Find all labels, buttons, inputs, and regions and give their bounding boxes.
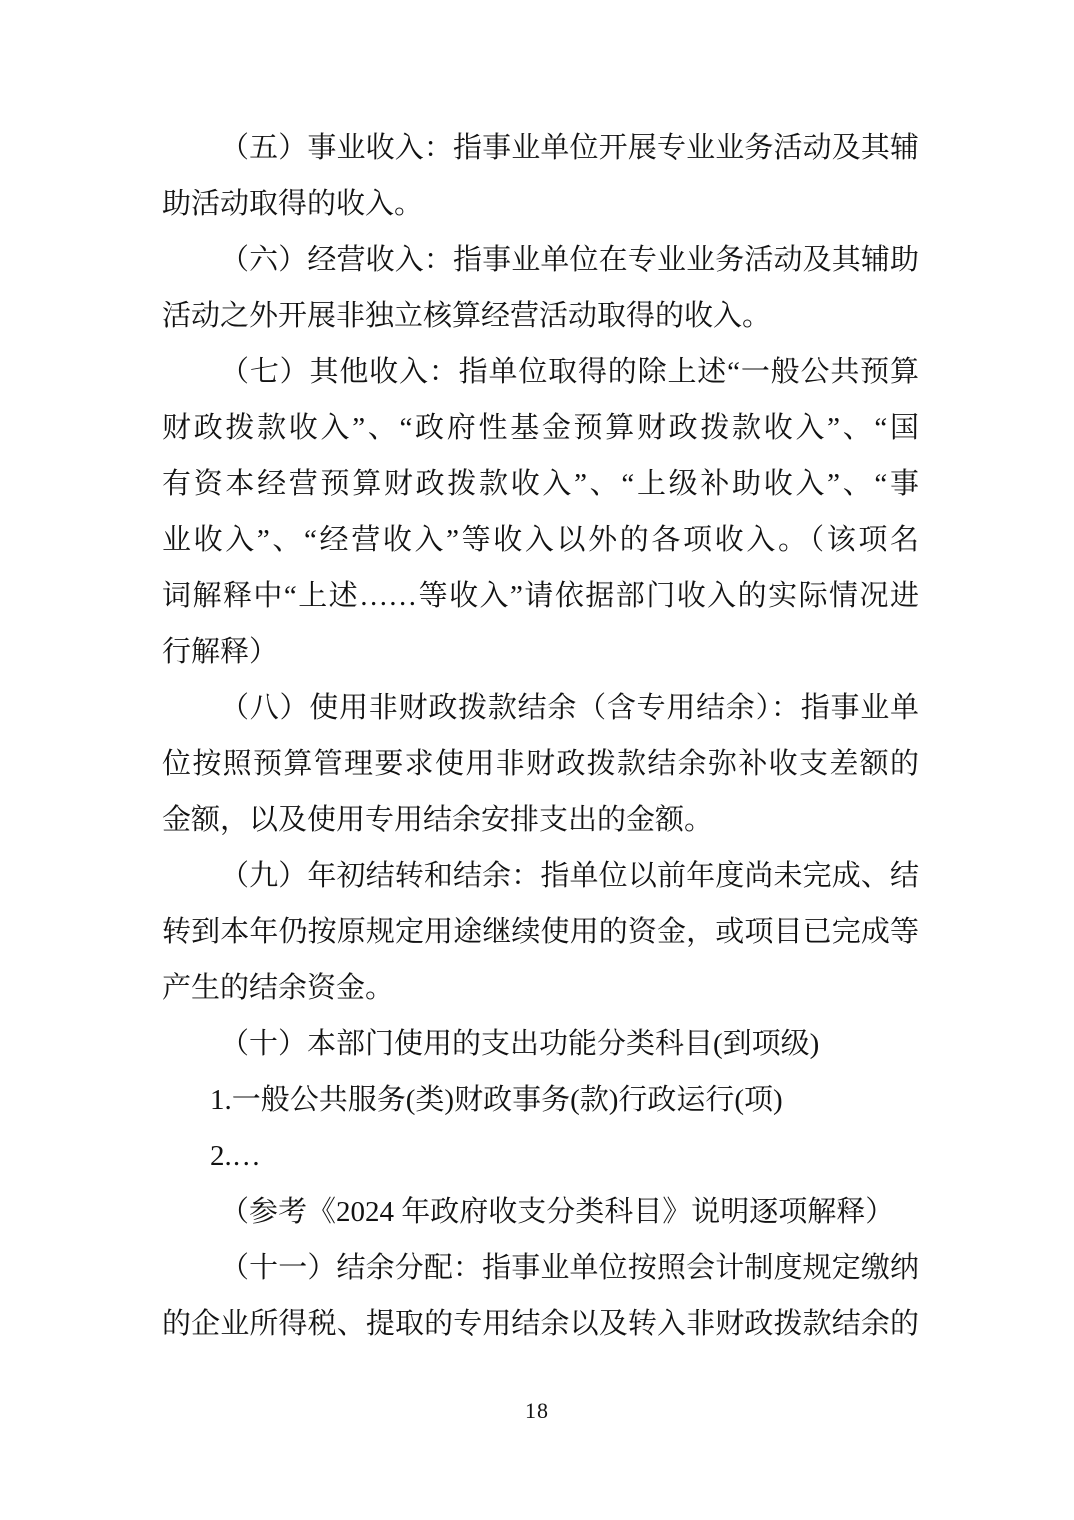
paragraph-item-7: （七）其他收入：指单位取得的除上述“一般公共预算财政拨款收入”、“政府性基金预算… (162, 344, 919, 680)
paragraph-item-10-note: （参考《2024 年政府收支分类科目》说明逐项解释） (162, 1184, 919, 1240)
text-line: （十）本部门使用的支出功能分类科目(到项级) (162, 1016, 919, 1072)
text-line: 位按照预算管理要求使用非财政拨款结余弥补收支差额的 (162, 736, 919, 792)
page-number: 18 (525, 1398, 549, 1423)
text-line: 行解释） (162, 624, 919, 680)
document-body: （五）事业收入：指事业单位开展专业业务活动及其辅助活动取得的收入。（六）经营收入… (162, 120, 919, 1352)
paragraph-item-6: （六）经营收入：指事业单位在专业业务活动及其辅助活动之外开展非独立核算经营活动取… (162, 232, 919, 344)
text-line: （七）其他收入：指单位取得的除上述“一般公共预算 (162, 344, 919, 400)
paragraph-item-11: （十一）结余分配：指事业单位按照会计制度规定缴纳的企业所得税、提取的专用结余以及… (162, 1240, 919, 1352)
text-line: 1.一般公共服务(类)财政事务(款)行政运行(项) (162, 1072, 919, 1128)
text-line: 2.… (162, 1128, 919, 1184)
text-line: 助活动取得的收入。 (162, 176, 919, 232)
text-line: 的企业所得税、提取的专用结余以及转入非财政拨款结余的 (162, 1296, 919, 1352)
page-footer: 18 (0, 1396, 1074, 1426)
text-line: 业收入”、“经营收入”等收入以外的各项收入。（该项名 (162, 512, 919, 568)
text-line: （六）经营收入：指事业单位在专业业务活动及其辅助 (162, 232, 919, 288)
text-line: 词解释中“上述……等收入”请依据部门收入的实际情况进 (162, 568, 919, 624)
text-line: 金额，以及使用专用结余安排支出的金额。 (162, 792, 919, 848)
text-line: （九）年初结转和结余：指单位以前年度尚未完成、结 (162, 848, 919, 904)
paragraph-item-8: （八）使用非财政拨款结余（含专用结余）：指事业单位按照预算管理要求使用非财政拨款… (162, 680, 919, 848)
text-line: （五）事业收入：指事业单位开展专业业务活动及其辅 (162, 120, 919, 176)
text-line: 有资本经营预算财政拨款收入”、“上级补助收入”、“事 (162, 456, 919, 512)
text-line: （十一）结余分配：指事业单位按照会计制度规定缴纳 (162, 1240, 919, 1296)
paragraph-item-5: （五）事业收入：指事业单位开展专业业务活动及其辅助活动取得的收入。 (162, 120, 919, 232)
paragraph-item-9: （九）年初结转和结余：指单位以前年度尚未完成、结转到本年仍按原规定用途继续使用的… (162, 848, 919, 1016)
paragraph-item-10: （十）本部门使用的支出功能分类科目(到项级) (162, 1016, 919, 1072)
text-line: 转到本年仍按原规定用途继续使用的资金，或项目已完成等 (162, 904, 919, 960)
paragraph-item-10-sub-1: 1.一般公共服务(类)财政事务(款)行政运行(项) (162, 1072, 919, 1128)
text-line: 财政拨款收入”、“政府性基金预算财政拨款收入”、“国 (162, 400, 919, 456)
text-line: 活动之外开展非独立核算经营活动取得的收入。 (162, 288, 919, 344)
paragraph-item-10-sub-2: 2.… (162, 1128, 919, 1184)
text-line: （参考《2024 年政府收支分类科目》说明逐项解释） (162, 1184, 919, 1240)
text-line: 产生的结余资金。 (162, 960, 919, 1016)
document-page: （五）事业收入：指事业单位开展专业业务活动及其辅助活动取得的收入。（六）经营收入… (0, 0, 1074, 1520)
text-line: （八）使用非财政拨款结余（含专用结余）：指事业单 (162, 680, 919, 736)
